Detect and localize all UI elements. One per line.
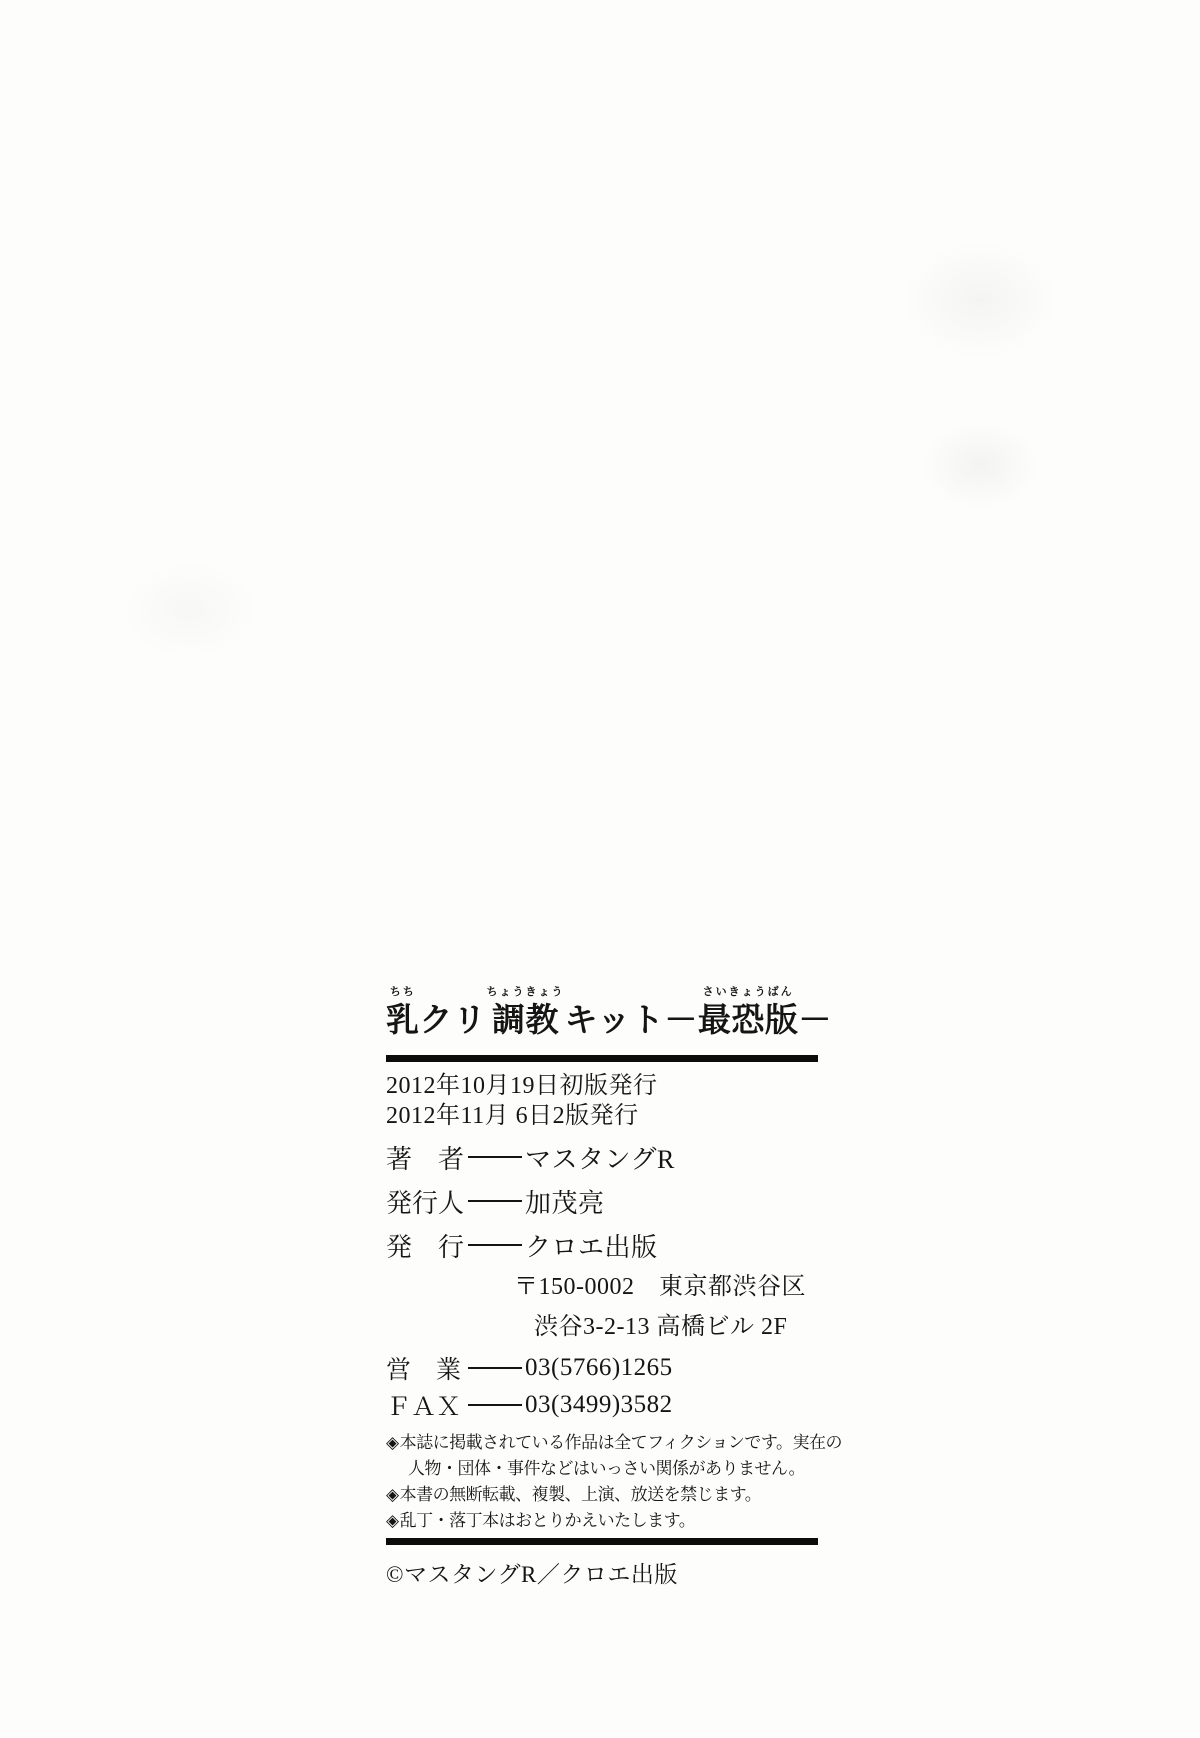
credit-value: 加茂亮 [525, 1183, 605, 1220]
title-segment: キット [565, 984, 665, 1041]
scan-artifact [120, 560, 260, 660]
scan-artifact [900, 240, 1060, 360]
leader-dash [468, 1200, 522, 1202]
title-segment: － [664, 984, 698, 1041]
address-line: 〒150-0002 東京都渋谷区 [386, 1267, 818, 1307]
contacts-list: 営 業 03(5766)1265 ＦＡＸ 03(3499)3582 [386, 1349, 818, 1423]
edition-line: 2012年10月19日初版発行 [386, 1071, 818, 1101]
contact-label: 営 業 [386, 1350, 468, 1386]
credit-label: 著 者 [386, 1139, 468, 1176]
legal-notes: ◈本誌に掲載されている作品は全てフィクションです。実在の 人物・団体・事件などは… [386, 1430, 818, 1534]
credit-label: 発行人 [386, 1183, 468, 1220]
credit-row-author: 著 者 マスタングR [386, 1135, 818, 1179]
title-text: クリ [420, 999, 487, 1041]
credit-label: 発 行 [386, 1227, 468, 1264]
contact-value: 03(5766)1265 [525, 1354, 673, 1382]
scanned-colophon-page: ちち 乳 クリ ちょうきょう 調教 キット － さいきょうばん 最恐版 [0, 0, 1200, 1738]
contact-row-fax: ＦＡＸ 03(3499)3582 [386, 1386, 818, 1423]
note-text: 本誌に掲載されている作品は全てフィクションです。実在の [400, 1433, 842, 1452]
title-segment: － [798, 984, 832, 1041]
edition-dates: 2012年10月19日初版発行 2012年11月 6日2版発行 [386, 1071, 818, 1131]
leader-dash [468, 1404, 522, 1406]
title-segment: クリ [420, 984, 487, 1041]
credit-value: クロエ出版 [525, 1227, 658, 1264]
divider-bottom [386, 1538, 818, 1545]
title-segment: ちょうきょう 調教 [487, 984, 565, 1041]
colophon-block: ちち 乳 クリ ちょうきょう 調教 キット － さいきょうばん 最恐版 [386, 984, 818, 1589]
leader-dash [468, 1156, 522, 1158]
note-line: ◈乱丁・落丁本はおとりかえいたします。 [386, 1508, 818, 1534]
note-line: ◈本誌に掲載されている作品は全てフィクションです。実在の [386, 1430, 818, 1456]
scan-artifact [920, 420, 1040, 510]
title-text: 最恐版 [698, 999, 799, 1041]
furigana: さいきょうばん [703, 984, 794, 999]
title-text: － [798, 999, 832, 1041]
credit-row-publisher: 発 行 クロエ出版 [386, 1223, 818, 1267]
divider-top [386, 1055, 818, 1062]
title-segment: ちち 乳 [386, 984, 420, 1041]
title-text: 乳 [386, 999, 420, 1041]
note-text: 乱丁・落丁本はおとりかえいたします。 [400, 1511, 696, 1530]
credit-row-publisher-person: 発行人 加茂亮 [386, 1179, 818, 1223]
diamond-bullet-icon: ◈ [386, 1485, 399, 1504]
title-text: － [664, 999, 698, 1041]
credit-value: マスタングR [525, 1139, 675, 1176]
note-text: 本書の無断転載、複製、上演、放送を禁じます。 [400, 1485, 762, 1504]
diamond-bullet-icon: ◈ [386, 1511, 399, 1530]
leader-dash [468, 1367, 522, 1369]
note-line: 人物・団体・事件などはいっさい関係がありません。 [386, 1456, 818, 1482]
furigana: ちょうきょう [487, 984, 565, 999]
diamond-bullet-icon: ◈ [386, 1433, 399, 1452]
contact-row-sales: 営 業 03(5766)1265 [386, 1349, 818, 1386]
book-title: ちち 乳 クリ ちょうきょう 調教 キット － さいきょうばん 最恐版 [386, 984, 818, 1041]
contact-value: 03(3499)3582 [525, 1391, 673, 1419]
note-line: ◈本書の無断転載、複製、上演、放送を禁じます。 [386, 1482, 818, 1508]
title-text: 調教 [492, 999, 559, 1041]
edition-line: 2012年11月 6日2版発行 [386, 1101, 818, 1131]
address-line: 渋谷3-2-13 高橋ビル 2F [386, 1307, 818, 1347]
leader-dash [468, 1244, 522, 1246]
copyright-line: ©マスタングR／クロエ出版 [386, 1556, 818, 1589]
furigana: ちち [390, 984, 416, 999]
credits-list: 著 者 マスタングR 発行人 加茂亮 発 行 クロエ出版 [386, 1135, 818, 1267]
title-text: キット [565, 999, 665, 1041]
contact-label: ＦＡＸ [386, 1387, 468, 1423]
title-segment: さいきょうばん 最恐版 [698, 984, 799, 1041]
